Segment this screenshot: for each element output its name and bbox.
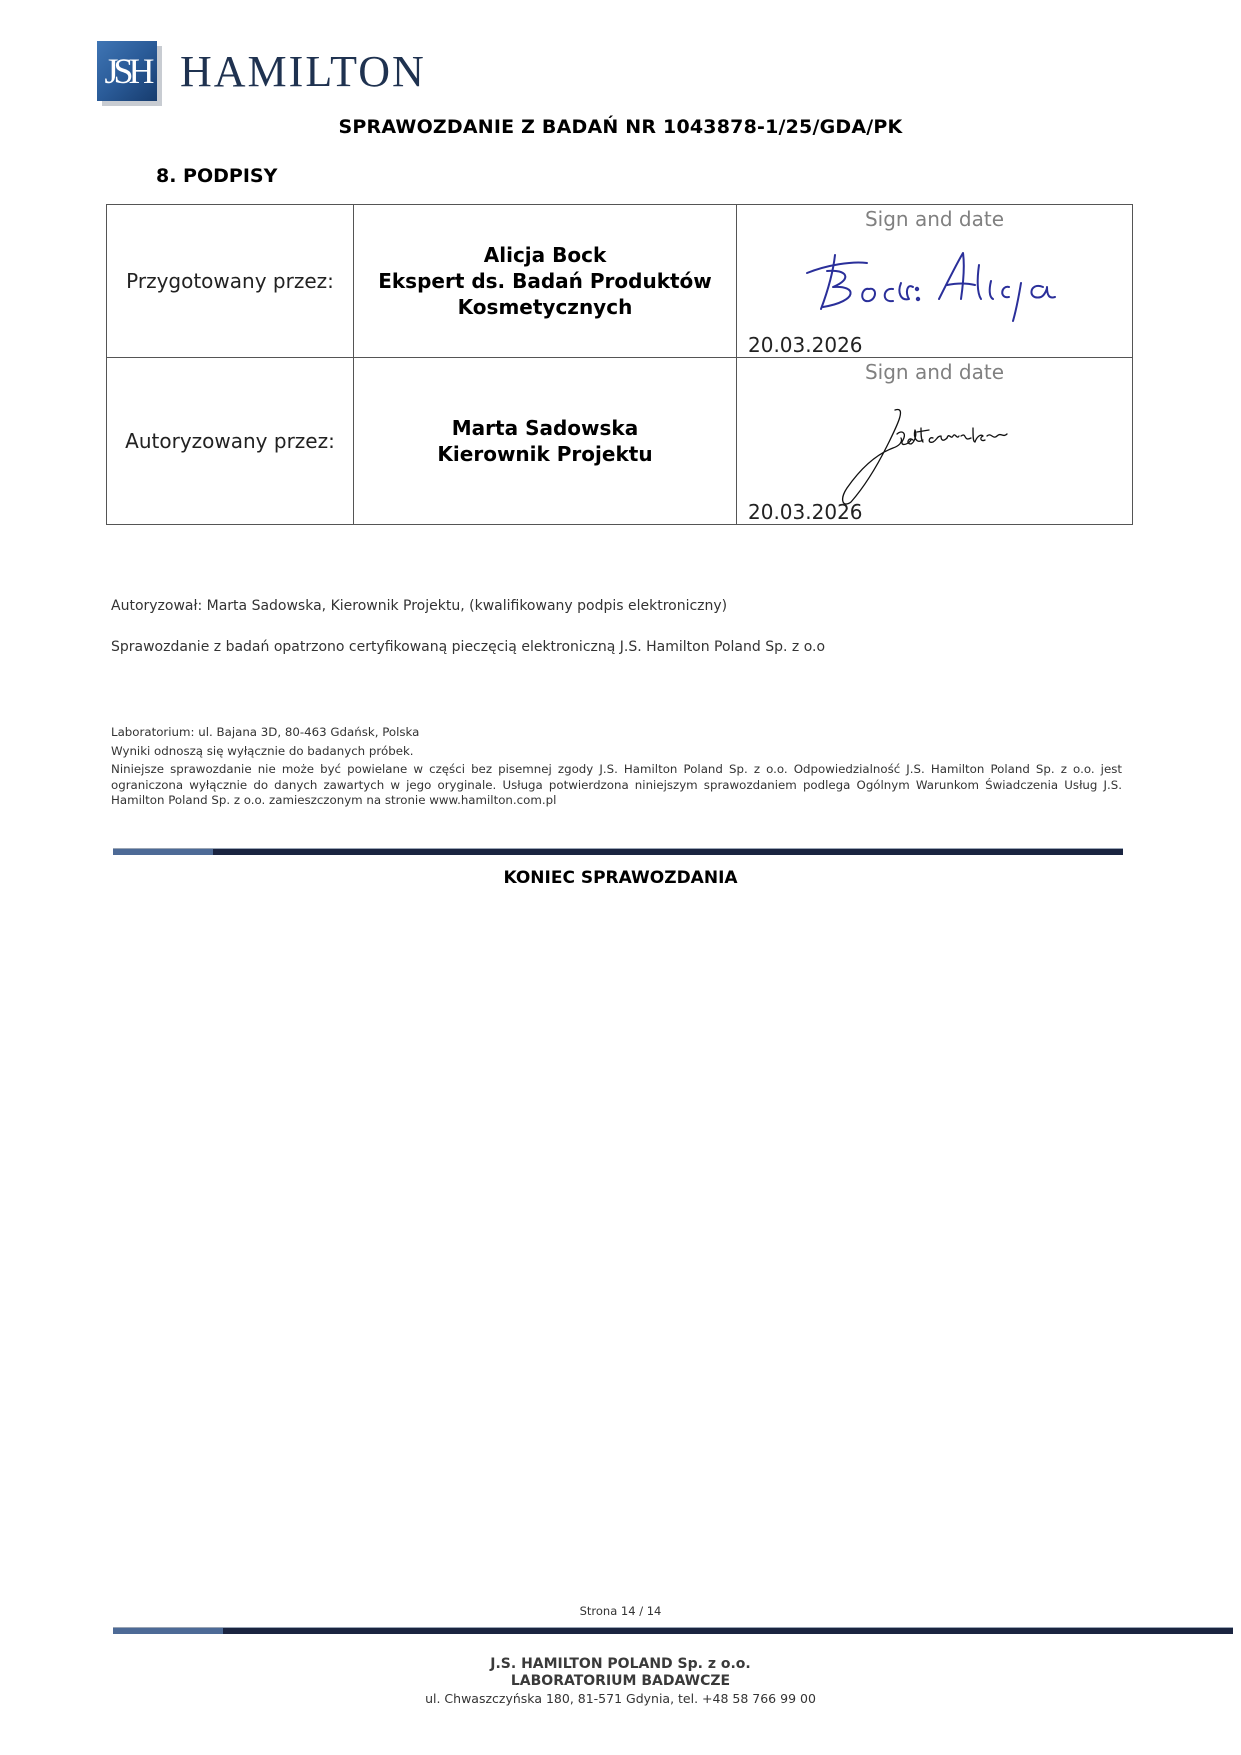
sign-hint: Sign and date — [737, 207, 1132, 231]
signature-image — [797, 243, 1067, 323]
company-logo: JSH HAMILTON — [97, 37, 426, 107]
row-label: Przygotowany przez: — [107, 205, 354, 358]
sign-cell: Sign and date — [737, 205, 1133, 358]
signature-row-authorized: Autoryzowany przez: Marta Sadowska Kiero… — [107, 358, 1133, 525]
divider-bar — [113, 849, 1123, 855]
person-name: Alicja Bock — [354, 242, 736, 268]
person-name: Marta Sadowska — [354, 415, 736, 441]
sign-date: 20.03.2026 — [748, 500, 863, 524]
signature-table: Przygotowany przez: Alicja Bock Ekspert … — [106, 204, 1133, 525]
results-note: Wyniki odnoszą się wyłącznie do badanych… — [111, 743, 414, 759]
person-role: Ekspert ds. Badań Produktów — [354, 268, 736, 294]
report-title: SPRAWOZDANIE Z BADAŃ NR 1043878-1/25/GDA… — [0, 116, 1241, 138]
person-role: Kosmetycznych — [354, 294, 736, 320]
page-number: Strona 14 / 14 — [0, 1604, 1241, 1618]
logo-mark-icon: JSH — [97, 41, 160, 104]
end-of-report-title: KONIEC SPRAWOZDANIA — [0, 868, 1241, 888]
person-cell: Marta Sadowska Kierownik Projektu — [354, 358, 737, 525]
seal-note: Sprawozdanie z badań opatrzono certyfiko… — [111, 639, 825, 655]
signature-row-prepared: Przygotowany przez: Alicja Bock Ekspert … — [107, 205, 1133, 358]
report-page: JSH HAMILTON SPRAWOZDANIE Z BADAŃ NR 104… — [0, 0, 1241, 1755]
laboratory-address: Laboratorium: ul. Bajana 3D, 80-463 Gdań… — [111, 724, 419, 740]
logo-wordmark: HAMILTON — [180, 50, 426, 94]
sign-hint: Sign and date — [737, 360, 1132, 384]
footer-divider-bar — [113, 1628, 1233, 1634]
sign-cell: Sign and date — [737, 358, 1133, 525]
person-cell: Alicja Bock Ekspert ds. Badań Produktów … — [354, 205, 737, 358]
row-label: Autoryzowany przez: — [107, 358, 354, 525]
signature-image — [837, 406, 1037, 506]
sign-date: 20.03.2026 — [748, 333, 863, 357]
footer-company: J.S. HAMILTON POLAND Sp. z o.o. — [0, 1656, 1241, 1673]
section-title: 8. PODPISY — [156, 165, 277, 187]
footer-division: LABORATORIUM BADAWCZE — [0, 1673, 1241, 1690]
footer-address: ul. Chwaszczyńska 180, 81-571 Gdynia, te… — [0, 1690, 1241, 1707]
disclaimer: Niniejsze sprawozdanie nie może być powi… — [111, 762, 1122, 809]
authorized-note: Autoryzował: Marta Sadowska, Kierownik P… — [111, 598, 727, 614]
page-footer: J.S. HAMILTON POLAND Sp. z o.o. LABORATO… — [0, 1656, 1241, 1707]
person-role: Kierownik Projektu — [354, 441, 736, 467]
